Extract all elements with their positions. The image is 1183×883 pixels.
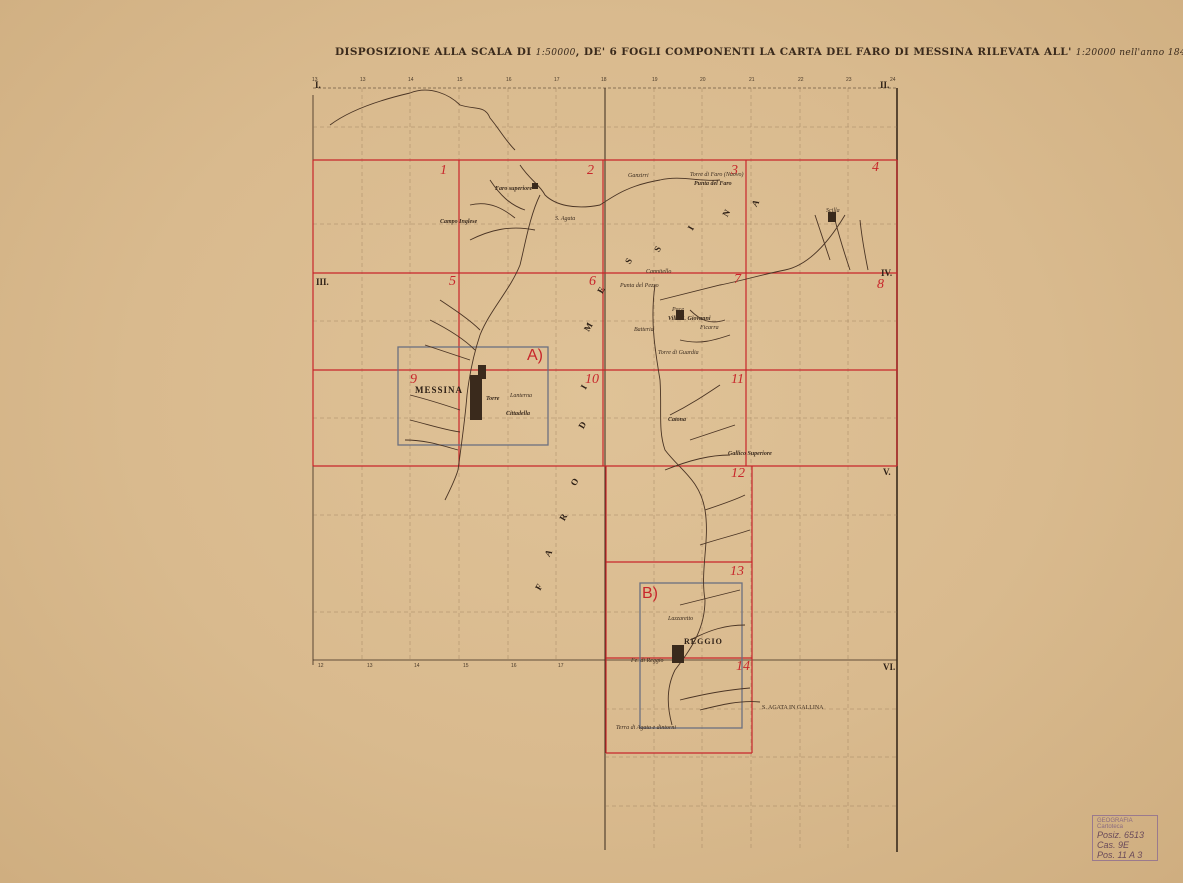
- sheet-number[interactable]: 13: [730, 564, 744, 580]
- frame-numeral: VI.: [883, 662, 895, 672]
- tick-label: 17: [558, 663, 564, 669]
- town-faro-superiore: Faro superiore: [495, 186, 532, 192]
- sheet-number[interactable]: 1: [440, 163, 447, 179]
- inset-label-b[interactable]: B): [642, 585, 658, 603]
- place-villa: Villa S. Giovanni: [668, 316, 711, 322]
- stamp-line: Cas. 9E: [1097, 840, 1153, 850]
- tick-label: 19: [652, 77, 658, 83]
- town-torre: Torre: [486, 396, 499, 402]
- town-lanterna: Lanterna: [510, 393, 532, 399]
- coastline: [330, 90, 868, 725]
- tick-label: 14: [414, 663, 420, 669]
- town-messina: MESSINA: [415, 385, 463, 395]
- tick-label: 17: [554, 77, 560, 83]
- tick-label: 22: [798, 77, 804, 83]
- sheet-number[interactable]: 14: [736, 659, 750, 675]
- place-forte-reggio: Fe. di Reggio: [631, 658, 664, 664]
- tick-label: 16: [506, 77, 512, 83]
- frame-numeral: III.: [316, 277, 329, 287]
- place-s-agata: S. Agata: [555, 216, 575, 222]
- town-gallico: Gallico Superiore: [728, 451, 772, 457]
- sheet-number[interactable]: 4: [872, 160, 879, 176]
- inset-label-a[interactable]: A): [527, 347, 543, 365]
- place-pace: Pace: [672, 307, 684, 313]
- tick-label: 15: [457, 77, 463, 83]
- stamp-line: Pos. 11 A 3: [1097, 850, 1153, 860]
- sheet-number[interactable]: 5: [449, 274, 456, 290]
- sheet-number[interactable]: 11: [731, 372, 744, 388]
- town-reggio: REGGIO: [684, 637, 723, 646]
- archive-stamp: GEOGRAFIA Cartoteca Posiz. 6513 Cas. 9E …: [1092, 815, 1158, 861]
- tick-label: 24: [890, 77, 896, 83]
- place-ganzirri: Ganzirri: [628, 173, 649, 179]
- tick-label: 13: [367, 663, 373, 669]
- stamp-line: Posiz. 6513: [1097, 830, 1153, 840]
- sheet-number[interactable]: 6: [589, 274, 596, 290]
- place-punta-faro: Punta del Faro: [694, 181, 732, 187]
- frame-numeral: V.: [883, 467, 891, 477]
- tick-label: 13: [312, 77, 318, 83]
- place-punta-pezzo: Punta del Pezzo: [620, 283, 659, 289]
- town-campo-inglese: Campo Inglese: [440, 219, 477, 225]
- tick-label: 16: [511, 663, 517, 669]
- town-s-agata-gallina: S. AGATA IN GALLINA: [762, 705, 824, 711]
- place-torre-guardia: Torre di Guardia: [658, 350, 699, 356]
- frame-numeral: II.: [880, 80, 889, 90]
- place-cannitello: Cannitello: [646, 269, 671, 275]
- town-catona: Catona: [668, 417, 686, 423]
- place-batteria: Batteria: [634, 327, 654, 333]
- town-cittadella: Cittadella: [506, 411, 530, 417]
- place-terra-agata: Terra di Agata e dintorni: [616, 725, 676, 731]
- tick-label: 15: [463, 663, 469, 669]
- place-lazzaretto: Lazzaretto: [668, 616, 693, 622]
- tick-label: 18: [601, 77, 607, 83]
- tick-label: 12: [318, 663, 324, 669]
- tick-label: 23: [846, 77, 852, 83]
- tick-label: 20: [700, 77, 706, 83]
- map-sheet: DISPOSIZIONE ALLA SCALA DI 1:50000, DE' …: [0, 0, 1183, 883]
- tick-label: 21: [749, 77, 755, 83]
- place-torre-faro: Torre di Faro (Nuovo): [690, 172, 744, 178]
- tick-label: 14: [408, 77, 414, 83]
- place-ficarra: Ficarra: [700, 325, 719, 331]
- map-graphics: [0, 0, 1183, 883]
- place-scilla: Scilla: [826, 208, 840, 214]
- frame-numeral: IV.: [881, 268, 892, 278]
- sheet-number[interactable]: 2: [587, 163, 594, 179]
- sheet-number[interactable]: 12: [731, 466, 745, 482]
- tick-label: 13: [360, 77, 366, 83]
- sheet-number[interactable]: 8: [877, 277, 884, 293]
- sheet-number[interactable]: 7: [734, 272, 741, 288]
